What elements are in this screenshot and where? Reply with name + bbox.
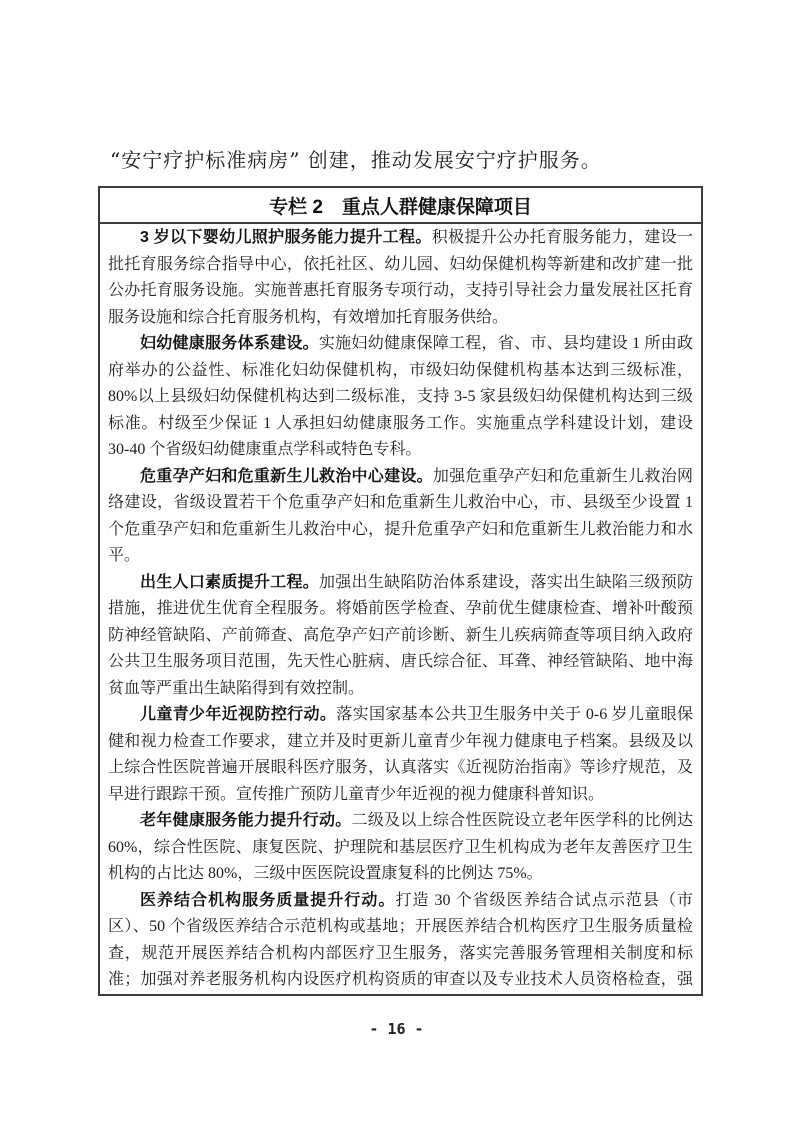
paragraph-lead: 儿童青少年近视防控行动。 bbox=[140, 706, 336, 723]
paragraph-lead: 出生人口素质提升工程。 bbox=[140, 574, 319, 591]
box-paragraph: 危重孕产妇和危重新生儿救治中心建设。加强危重孕产妇和危重新生儿救治网络建设，省级… bbox=[108, 464, 693, 570]
paragraph-body: 实施妇幼健康保障工程，省、市、县均建设 1 所由政府举办的公益性、标准化妇幼保健… bbox=[108, 335, 693, 458]
box-paragraph: 出生人口素质提升工程。加强出生缺陷防治体系建设，落实出生缺陷三级预防措施，推进优… bbox=[108, 570, 693, 703]
page-number: - 16 - bbox=[0, 1020, 793, 1038]
box-paragraphs: 3 岁以下婴幼儿照护服务能力提升工程。积极提升公办托育服务能力，建设一批托育服务… bbox=[100, 224, 701, 994]
box-paragraph: 妇幼健康服务体系建设。实施妇幼健康保障工程，省、市、县均建设 1 所由政府举办的… bbox=[108, 331, 693, 464]
box-paragraph: 医养结合机构服务质量提升行动。打造 30 个省级医养结合试点示范县（市区）、50… bbox=[108, 888, 693, 995]
box-paragraph: 老年健康服务能力提升行动。二级及以上综合性医院设立老年医学科的比例达 60%，综… bbox=[108, 808, 693, 888]
paragraph-lead: 危重孕产妇和危重新生儿救治中心建设。 bbox=[140, 468, 433, 485]
paragraph-lead: 3 岁以下婴幼儿照护服务能力提升工程。 bbox=[140, 229, 432, 246]
feature-box-header: 专栏 2 重点人群健康保障项目 bbox=[100, 188, 701, 224]
feature-box-title: 专栏 2 重点人群健康保障项目 bbox=[269, 192, 532, 219]
feature-box: 专栏 2 重点人群健康保障项目 3 岁以下婴幼儿照护服务能力提升工程。积极提升公… bbox=[98, 186, 703, 996]
paragraph-lead: 妇幼健康服务体系建设。 bbox=[140, 335, 319, 352]
paragraph-lead: 医养结合机构服务质量提升行动。 bbox=[140, 892, 395, 909]
paragraph-lead: 老年健康服务能力提升行动。 bbox=[140, 812, 352, 829]
box-paragraph: 儿童青少年近视防控行动。落实国家基本公共卫生服务中关于 0-6 岁儿童眼保健和视… bbox=[108, 702, 693, 808]
box-paragraph: 3 岁以下婴幼儿照护服务能力提升工程。积极提升公办托育服务能力，建设一批托育服务… bbox=[108, 225, 693, 331]
document-page: “安宁疗护标准病房” 创建，推动发展安宁疗护服务。 专栏 2 重点人群健康保障项… bbox=[0, 0, 793, 1122]
paragraph-body: 加强出生缺陷防治体系建设，落实出生缺陷三级预防措施，推进优生优育全程服务。将婚前… bbox=[108, 574, 693, 697]
intro-paragraph-text: “安宁疗护标准病房” 创建，推动发展安宁疗护服务。 bbox=[110, 146, 696, 174]
